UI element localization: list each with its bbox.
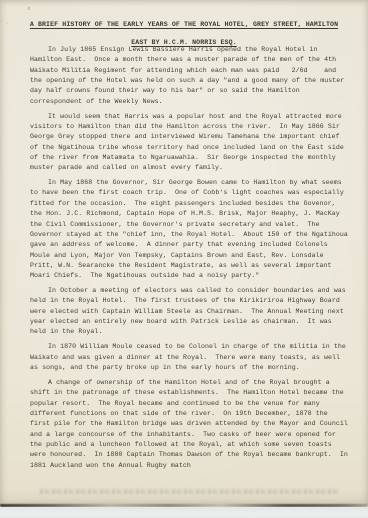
paragraph-5: In 1870 William Moule ceased to be Colon… [30, 342, 351, 373]
document-title: A BRIEF HISTORY OF THE EARLY YEARS OF TH… [0, 13, 368, 49]
scanned-document-page: x . A BRIEF HISTORY OF THE EARLY YEARS O… [0, 0, 368, 518]
faded-cutoff-text-line [40, 489, 340, 494]
paragraph-1: In July 1865 Ensign Lewis Bassiere Harri… [30, 45, 351, 107]
scanner-background-strip [0, 507, 368, 518]
paragraph-4: In October a meeting of electors was cal… [30, 286, 351, 338]
document-body: In July 1865 Ensign Lewis Bassiere Harri… [30, 45, 351, 475]
paragraph-3: In May 1868 the Governor, Sir George Bow… [30, 178, 351, 281]
paper-sheet: x . A BRIEF HISTORY OF THE EARLY YEARS O… [0, 0, 368, 505]
paragraph-6: A change of ownership of the Hamilton Ho… [30, 378, 351, 471]
title-line-1: A BRIEF HISTORY OF THE EARLY YEARS OF TH… [30, 20, 338, 30]
pencil-mark: x [27, 6, 32, 11]
paragraph-2: It would seem that Harris was a popular … [30, 112, 351, 174]
